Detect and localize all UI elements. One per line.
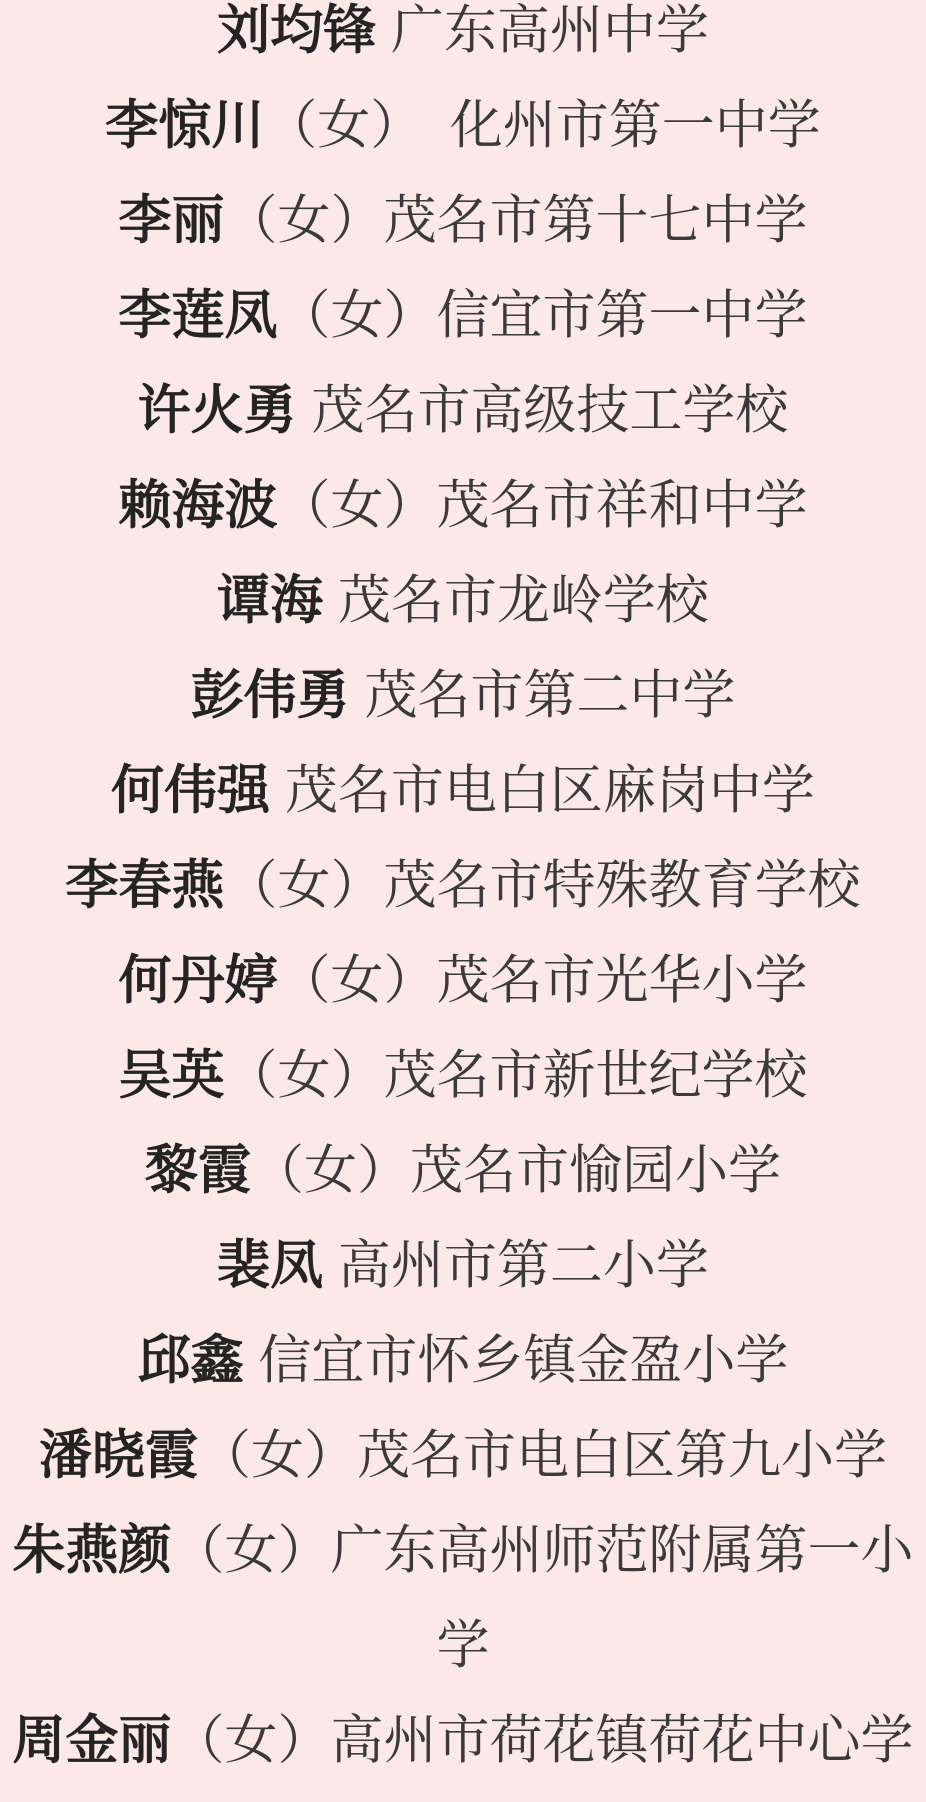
name-school-separator [323, 571, 338, 630]
roster-row: 吴英（女）茂名市新世纪学校 [0, 1028, 926, 1123]
name-school-separator [397, 96, 450, 155]
gender-label: （女） [278, 951, 437, 1010]
roster-row: 潘晓霞（女）茂名市电白区第九小学 [0, 1408, 926, 1503]
teacher-name: 谭海 [217, 571, 323, 630]
roster-row: 李莲凤（女）信宜市第一中学 [0, 268, 926, 363]
gender-label: （女） [172, 1711, 331, 1770]
teacher-name: 李莲凤 [119, 286, 278, 345]
school-name: 茂名市电白区第九小学 [357, 1426, 887, 1485]
school-name: 茂名市龙岭学校 [338, 571, 709, 630]
teacher-name: 朱燕颜 [13, 1521, 172, 1580]
school-name: 茂名市电白区麻岗中学 [285, 761, 815, 820]
name-school-separator [297, 381, 312, 440]
school-name: 广东高州师范附属第一小学 [331, 1521, 914, 1675]
school-name: 信宜市怀乡镇金盈小学 [258, 1331, 788, 1390]
roster-row: 李惊川（女） 化州市第一中学 [0, 78, 926, 173]
school-name: 茂名市光华小学 [437, 951, 808, 1010]
school-name: 茂名市第二中学 [364, 666, 735, 725]
teacher-name: 刘均锋 [217, 1, 376, 60]
teacher-name: 李春燕 [66, 856, 225, 915]
gender-label: （女） [225, 191, 384, 250]
school-name: 茂名市新世纪学校 [384, 1046, 808, 1105]
school-name: 广东高州中学 [391, 1, 709, 60]
teacher-name: 何伟强 [111, 761, 270, 820]
roster-row: 何丹婷（女）茂名市光华小学 [0, 933, 926, 1028]
teacher-name: 李惊川 [105, 96, 264, 155]
school-name: 化州市第一中学 [450, 96, 821, 155]
roster-row: 黎霞（女）茂名市愉园小学 [0, 1123, 926, 1218]
roster-row: 何伟强 茂名市电白区麻岗中学 [0, 743, 926, 838]
gender-label: （女） [172, 1521, 331, 1580]
name-school-separator [323, 1236, 338, 1295]
roster-row: 李丽（女）茂名市第十七中学 [0, 173, 926, 268]
school-name: 茂名市高级技工学校 [311, 381, 788, 440]
gender-label: （女） [251, 1141, 410, 1200]
name-school-separator [376, 1, 391, 60]
roster-row: 朱燕颜（女）广东高州师范附属第一小学 [0, 1503, 926, 1693]
teacher-name: 彭伟勇 [191, 666, 350, 725]
school-name: 茂名市祥和中学 [437, 476, 808, 535]
award-roster-list: 刘均锋 广东高州中学 李惊川（女） 化州市第一中学 李丽（女）茂名市第十七中学 … [0, 0, 926, 1788]
school-name: 高州市荷花镇荷花中心学 [331, 1711, 914, 1770]
teacher-name: 邱鑫 [138, 1331, 244, 1390]
name-school-separator [270, 761, 285, 820]
teacher-name: 何丹婷 [119, 951, 278, 1010]
roster-row: 周金丽（女）高州市荷花镇荷花中心学 [0, 1693, 926, 1788]
roster-row: 赖海波（女）茂名市祥和中学 [0, 458, 926, 553]
school-name: 茂名市第十七中学 [384, 191, 808, 250]
teacher-name: 裴凤 [217, 1236, 323, 1295]
gender-label: （女） [225, 1046, 384, 1105]
gender-label: （女） [278, 476, 437, 535]
teacher-name: 吴英 [119, 1046, 225, 1105]
gender-label: （女） [225, 856, 384, 915]
roster-row: 谭海 茂名市龙岭学校 [0, 553, 926, 648]
teacher-name: 潘晓霞 [39, 1426, 198, 1485]
name-school-separator [244, 1331, 259, 1390]
roster-row: 裴凤 高州市第二小学 [0, 1218, 926, 1313]
teacher-name: 李丽 [119, 191, 225, 250]
gender-label: （女） [264, 96, 397, 155]
roster-row: 李春燕（女）茂名市特殊教育学校 [0, 838, 926, 933]
school-name: 茂名市特殊教育学校 [384, 856, 861, 915]
gender-label: （女） [278, 286, 437, 345]
gender-label: （女） [198, 1426, 357, 1485]
teacher-name: 周金丽 [13, 1711, 172, 1770]
roster-row: 邱鑫 信宜市怀乡镇金盈小学 [0, 1313, 926, 1408]
school-name: 茂名市愉园小学 [410, 1141, 781, 1200]
roster-row: 许火勇 茂名市高级技工学校 [0, 363, 926, 458]
teacher-name: 黎霞 [145, 1141, 251, 1200]
roster-row: 彭伟勇 茂名市第二中学 [0, 648, 926, 743]
roster-row: 刘均锋 广东高州中学 [0, 0, 926, 78]
teacher-name: 赖海波 [119, 476, 278, 535]
teacher-name: 许火勇 [138, 381, 297, 440]
school-name: 高州市第二小学 [338, 1236, 709, 1295]
school-name: 信宜市第一中学 [437, 286, 808, 345]
name-school-separator [350, 666, 365, 725]
